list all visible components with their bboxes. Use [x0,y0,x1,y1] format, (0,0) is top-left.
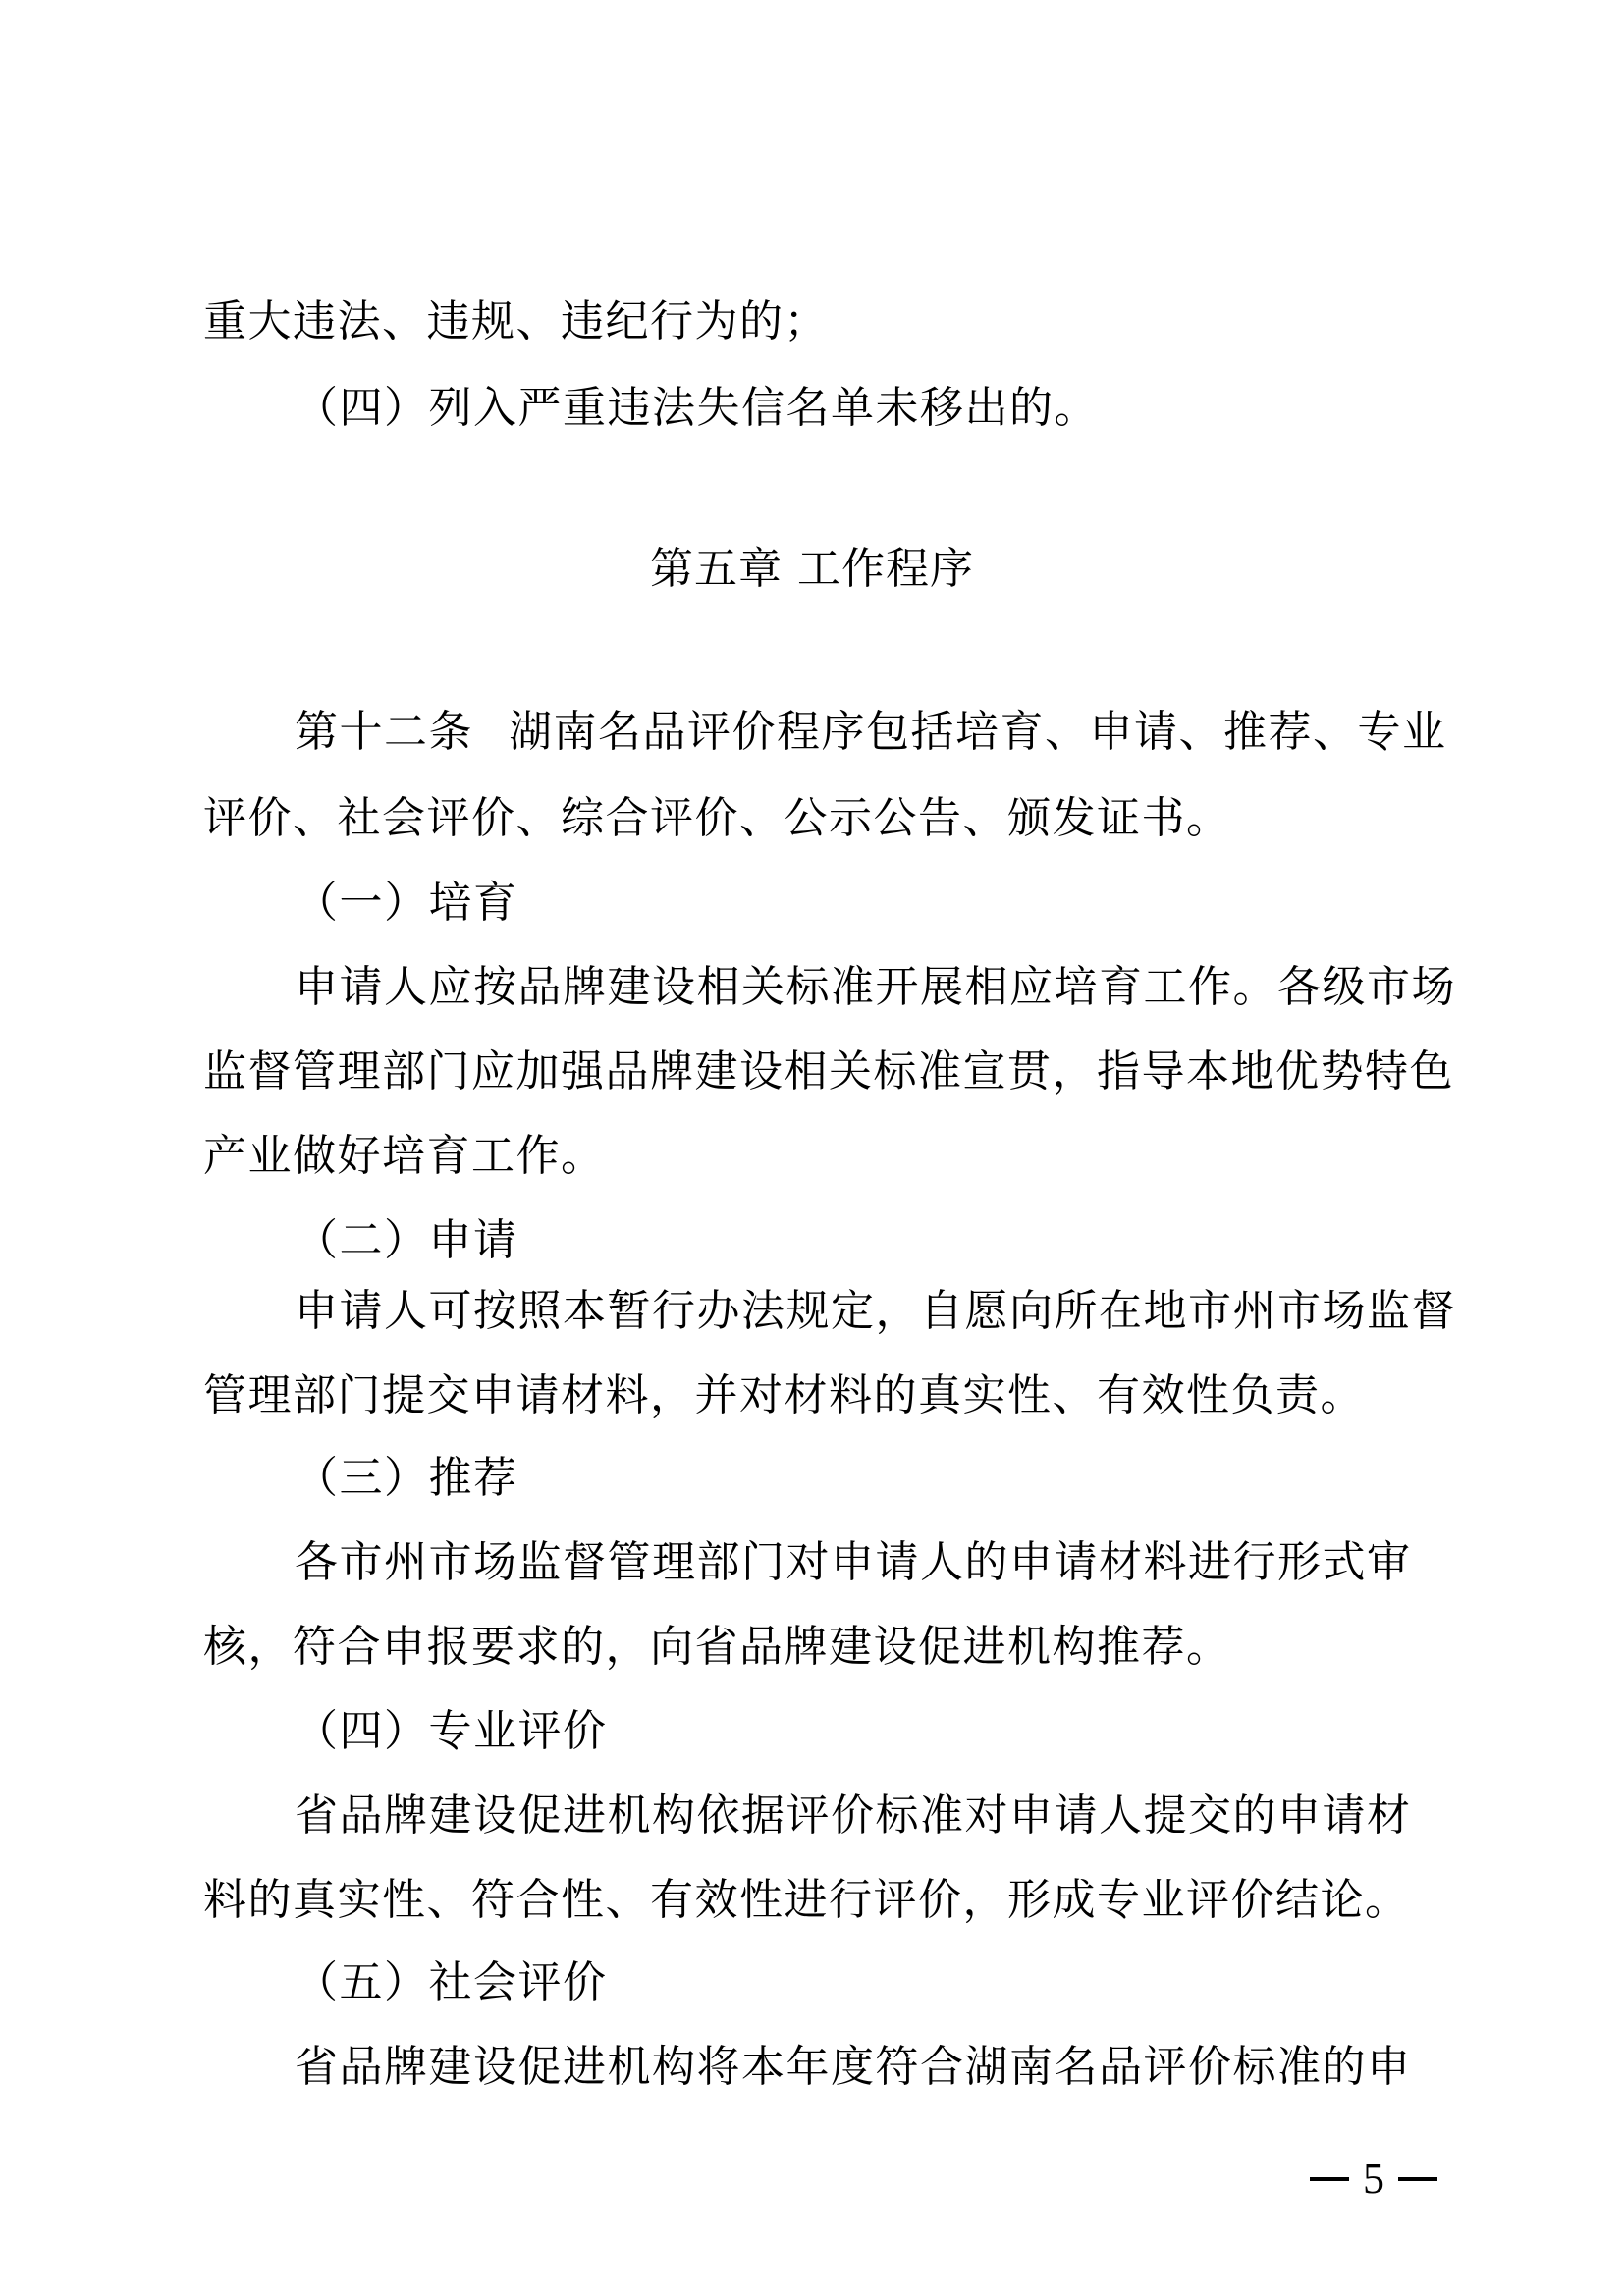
text-line: 申请人应按品牌建设相关标准开展相应培育工作。各级市场 [295,958,1424,1017]
dash-decoration [1310,2177,1349,2181]
section-title: （一）培育 [295,874,1424,933]
text-line: 产业做好培育工作。 [203,1127,1421,1186]
document-page: 重大违法、违规、违纪行为的； （四）列入严重违法失信名单未移出的。 第五章 工作… [0,0,1624,2296]
text-line: 省品牌建设促进机构依据评价标准对申请人提交的申请材 [295,1787,1424,1845]
article-label: 第十二条 [295,707,473,757]
section-title: （二）申请 [295,1211,1424,1270]
dash-decoration [1398,2177,1437,2181]
article-line: 第十二条湖南名品评价程序包括培育、申请、推荐、专业 [295,703,1424,762]
text-line: 评价、社会评价、综合评价、公示公告、颁发证书。 [203,789,1421,848]
section-title: （三）推荐 [295,1449,1424,1508]
text-line: 监督管理部门应加强品牌建设相关标准宣贯，指导本地优势特色 [203,1042,1421,1101]
text-line: 核，符合申报要求的，向省品牌建设促进机构推荐。 [203,1618,1421,1677]
text-line: 管理部门提交申请材料，并对材料的真实性、有效性负责。 [203,1366,1421,1425]
page-number: 5 [1363,2150,1384,2209]
section-title: （五）社会评价 [295,1953,1424,2012]
article-text: 湖南名品评价程序包括培育、申请、推荐、专业 [509,707,1447,757]
text-line: 申请人可按照本暂行办法规定，自愿向所在地市州市场监督 [295,1282,1424,1341]
text-line: 省品牌建设促进机构将本年度符合湖南名品评价标准的申 [295,2038,1424,2097]
text-line: 料的真实性、符合性、有效性进行评价，形成专业评价结论。 [203,1871,1421,1930]
text-line: （四）列入严重违法失信名单未移出的。 [295,379,1424,438]
chapter-heading: 第五章 工作程序 [0,540,1624,599]
text-line: 各市州市场监督管理部门对申请人的申请材料进行形式审 [295,1533,1424,1592]
text-line: 重大违法、违规、违纪行为的； [203,293,1421,351]
page-number-footer: 5 [1310,2150,1437,2209]
section-title: （四）专业评价 [295,1702,1424,1761]
